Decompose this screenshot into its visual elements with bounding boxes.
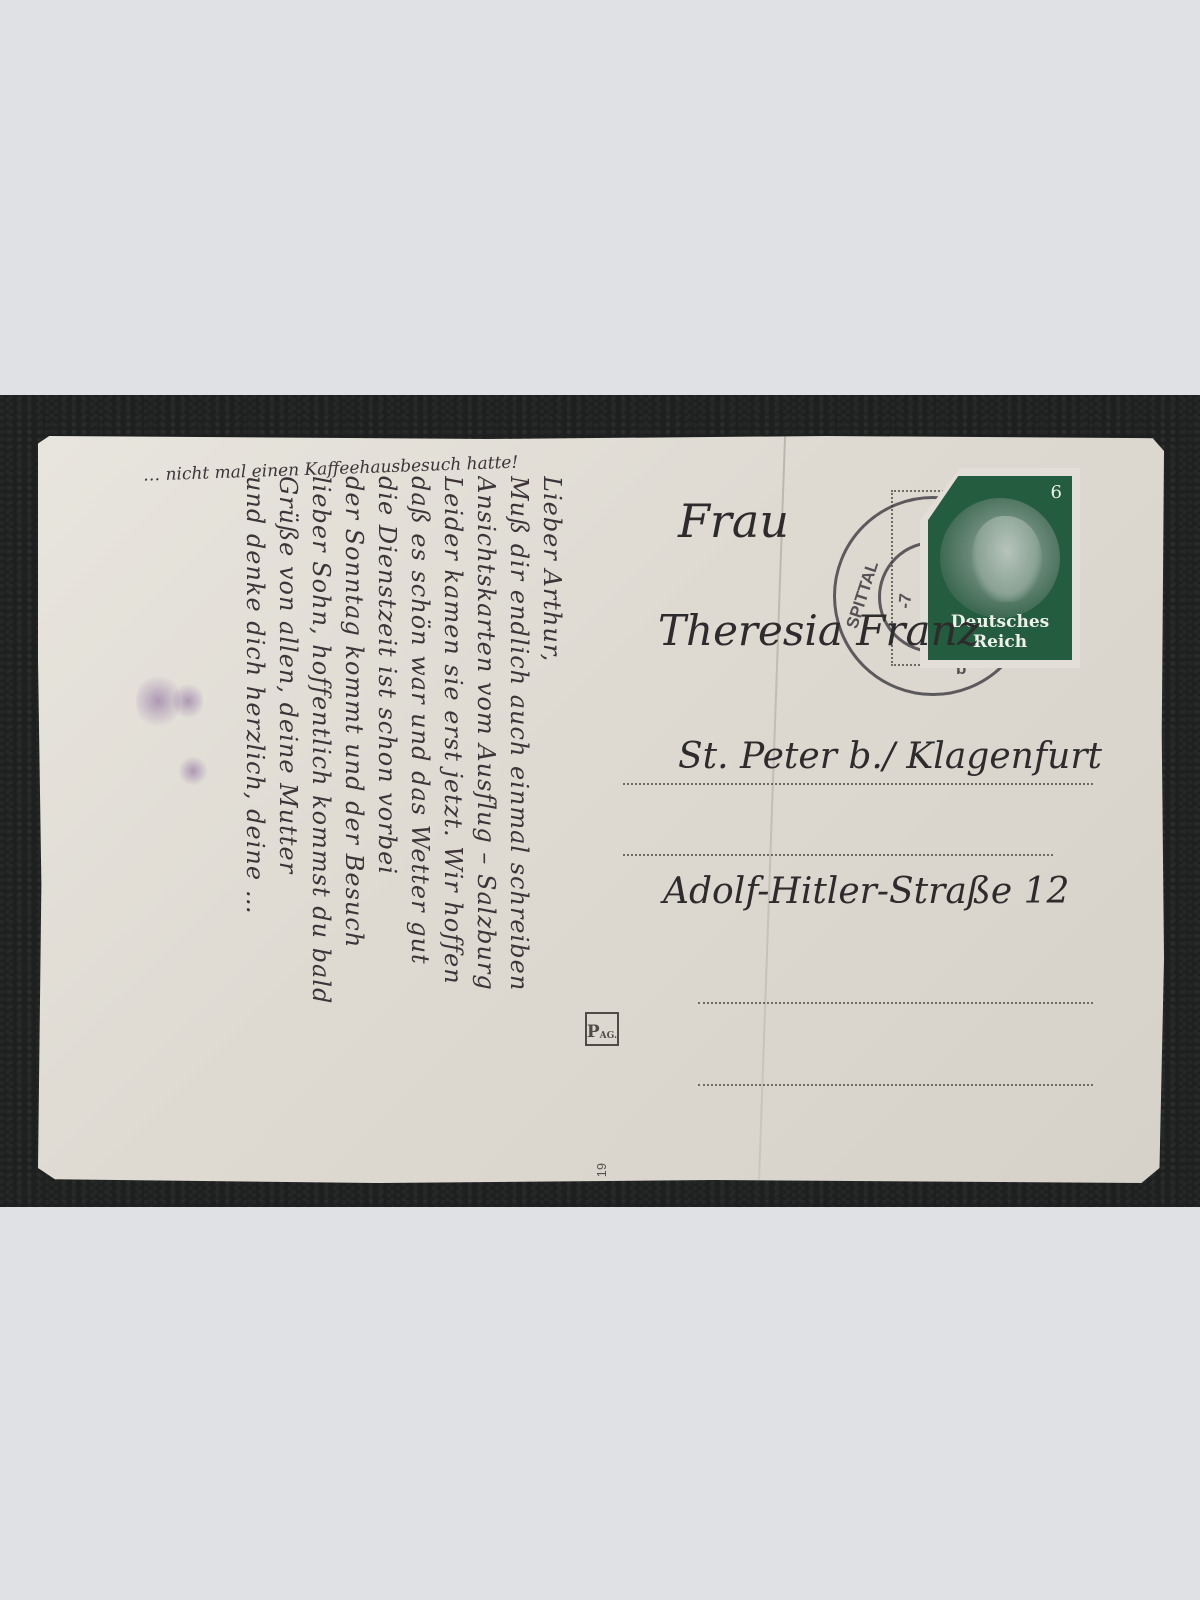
message-line: Muß dir endlich auch einmal schreiben xyxy=(502,476,535,1136)
address-line-4 xyxy=(698,1084,1093,1086)
message-line: und denke dich herzlich, deine … xyxy=(238,476,271,1136)
address-line-2 xyxy=(623,854,1053,856)
address-town: St. Peter b./ Klagenfurt xyxy=(678,736,1102,777)
publisher-logo: PAG. xyxy=(585,1012,619,1046)
address-line-3 xyxy=(698,1002,1093,1004)
stamp-value: 6 xyxy=(1051,482,1062,503)
handwritten-message: … nicht mal einen Kaffeehausbesuch hatte… xyxy=(48,456,588,1156)
message-line: Leider kamen sie erst jetzt. Wir hoffen xyxy=(436,476,469,1136)
message-line: der Sonntag kommt und der Besuch xyxy=(337,476,370,1136)
address-street: Adolf-Hitler-Straße 12 xyxy=(663,871,1069,912)
ink-blot xyxy=(173,681,203,721)
message-line: daß es schön war und das Wetter gut xyxy=(403,476,436,1136)
card-crease xyxy=(758,436,786,1183)
publisher-imprint: Postkarten Industrie A. G. Wien, I. Woll… xyxy=(595,996,609,1436)
message-body: Lieber Arthur, Muß dir endlich auch einm… xyxy=(68,476,568,1136)
address-line-1 xyxy=(623,783,1093,785)
message-line: lieber Sohn, hoffentlich kommst du bald xyxy=(304,476,337,1136)
message-line: die Dienstzeit ist schon vorbei xyxy=(370,476,403,1136)
message-greeting: Lieber Arthur, xyxy=(535,476,568,1136)
address-name: Theresia Franz xyxy=(658,606,980,655)
message-line: Grüße von allen, deine Mutter xyxy=(271,476,304,1136)
ink-blot xyxy=(178,756,208,786)
postcard-back: … nicht mal einen Kaffeehausbesuch hatte… xyxy=(38,436,1164,1183)
hindenburg-portrait-icon xyxy=(940,498,1060,618)
message-line: Ansichtskarten vom Ausflug – Salzburg xyxy=(469,476,502,1136)
address-salutation: Frau xyxy=(678,494,789,548)
